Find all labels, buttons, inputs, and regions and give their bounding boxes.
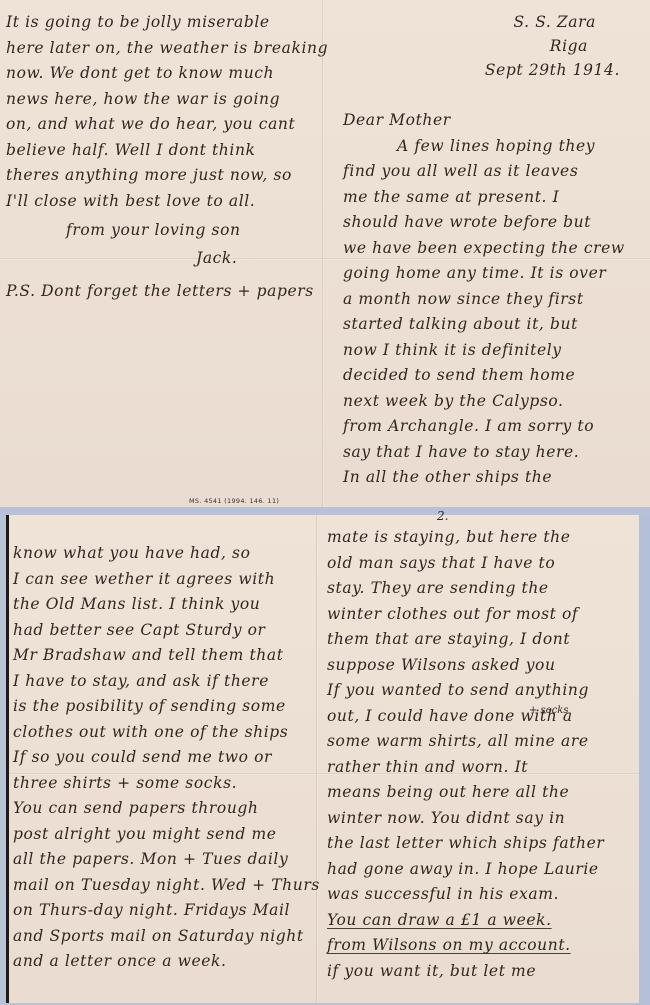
text-line: winter clothes out for most of: [327, 602, 627, 628]
text-line: on Thurs-day night. Fridays Mail: [13, 898, 313, 924]
text-line: was successful in his exam.: [327, 882, 627, 908]
text-line: winter now. You didnt say in: [327, 806, 627, 832]
text-line: If so you could send me two or: [13, 745, 313, 771]
fold-line-vertical: [316, 515, 318, 1003]
text-line: and a letter once a week.: [13, 949, 313, 975]
text-line: next week by the Calypso.: [343, 389, 648, 415]
letter-sheet-bottom: know what you have had, so I can see wet…: [6, 515, 639, 1003]
text-line: is the posibility of sending some: [13, 694, 313, 720]
text-line: decided to send them home: [343, 363, 648, 389]
port-name: Riga: [485, 34, 620, 58]
text-line: from Archangle. I am sorry to: [343, 414, 648, 440]
text-line: stay. They are sending the: [327, 576, 627, 602]
left-page-top: It is going to be jolly miserable here l…: [6, 10, 316, 305]
text-line: theres anything more just now, so: [6, 163, 316, 189]
text-line: post alright you might send me: [13, 822, 313, 848]
text-line: on, and what we do hear, you cant: [6, 112, 316, 138]
text-line: should have wrote before but: [343, 210, 648, 236]
text-line: news here, how the war is going: [6, 87, 316, 113]
page-number: 2.: [437, 509, 448, 523]
text-line: find you all well as it leaves: [343, 159, 648, 185]
text-line: the last letter which ships father: [327, 831, 627, 857]
text-line-underlined: from Wilsons on my account.: [327, 933, 627, 959]
text-line: I have to stay, and ask if there: [13, 669, 313, 695]
right-page-bottom: mate is staying, but here the old man sa…: [327, 525, 627, 984]
ship-name: S. S. Zara: [485, 10, 620, 34]
closing: from your loving son: [6, 218, 316, 244]
text-line: In all the other ships the: [343, 465, 648, 491]
text-line: a month now since they first: [343, 287, 648, 313]
signature: Jack.: [6, 246, 316, 272]
text-line: had better see Capt Sturdy or: [13, 618, 313, 644]
address-block: S. S. Zara Riga Sept 29th 1914.: [485, 10, 620, 82]
text-line: me the same at present. I: [343, 185, 648, 211]
text-line: started talking about it, but: [343, 312, 648, 338]
text-line: going home any time. It is over: [343, 261, 648, 287]
text-line: mate is staying, but here the: [327, 525, 627, 551]
text-line: You can send papers through: [13, 796, 313, 822]
text-line: mail on Tuesday night. Wed + Thurs: [13, 873, 313, 899]
text-line: three shirts + some socks.: [13, 771, 313, 797]
text-line: If you wanted to send anything: [327, 678, 627, 704]
archive-reference: MS. 4541 (1994. 146. 11): [189, 497, 279, 505]
text-line: know what you have had, so: [13, 541, 313, 567]
text-line: now. We dont get to know much: [6, 61, 316, 87]
left-page-bottom: know what you have had, so I can see wet…: [13, 541, 313, 975]
text-line: say that I have to stay here.: [343, 440, 648, 466]
text-line: It is going to be jolly miserable: [6, 10, 316, 36]
text-line: the Old Mans list. I think you: [13, 592, 313, 618]
text-line: rather thin and worn. It: [327, 755, 627, 781]
fold-line-vertical: [322, 0, 324, 507]
insertion-note: + socks: [529, 705, 569, 716]
text-line: A few lines hoping they: [343, 134, 648, 160]
text-line: I'll close with best love to all.: [6, 189, 316, 215]
text-line: Mr Bradshaw and tell them that: [13, 643, 313, 669]
text-line: and Sports mail on Saturday night: [13, 924, 313, 950]
text-line: if you want it, but let me: [327, 959, 627, 985]
letter-sheet-top: It is going to be jolly miserable here l…: [0, 0, 650, 507]
text-line-underlined: You can draw a £1 a week.: [327, 908, 627, 934]
postscript: P.S. Dont forget the letters + papers: [6, 279, 316, 305]
text-line: means being out here all the: [327, 780, 627, 806]
text-line: out, I could have done with a: [327, 704, 627, 730]
text-line: I can see wether it agrees with: [13, 567, 313, 593]
text-line: here later on, the weather is breaking: [6, 36, 316, 62]
text-line: all the papers. Mon + Tues daily: [13, 847, 313, 873]
text-line: old man says that I have to: [327, 551, 627, 577]
letter-date: Sept 29th 1914.: [485, 58, 620, 82]
salutation: Dear Mother: [343, 108, 648, 134]
text-line: believe half. Well I dont think: [6, 138, 316, 164]
text-line: suppose Wilsons asked you: [327, 653, 627, 679]
text-line: we have been expecting the crew: [343, 236, 648, 262]
text-line: them that are staying, I dont: [327, 627, 627, 653]
text-line: some warm shirts, all mine are: [327, 729, 627, 755]
text-line: had gone away in. I hope Laurie: [327, 857, 627, 883]
text-line: clothes out with one of the ships: [13, 720, 313, 746]
text-line: now I think it is definitely: [343, 338, 648, 364]
right-page-top: Dear Mother A few lines hoping they find…: [343, 108, 648, 491]
